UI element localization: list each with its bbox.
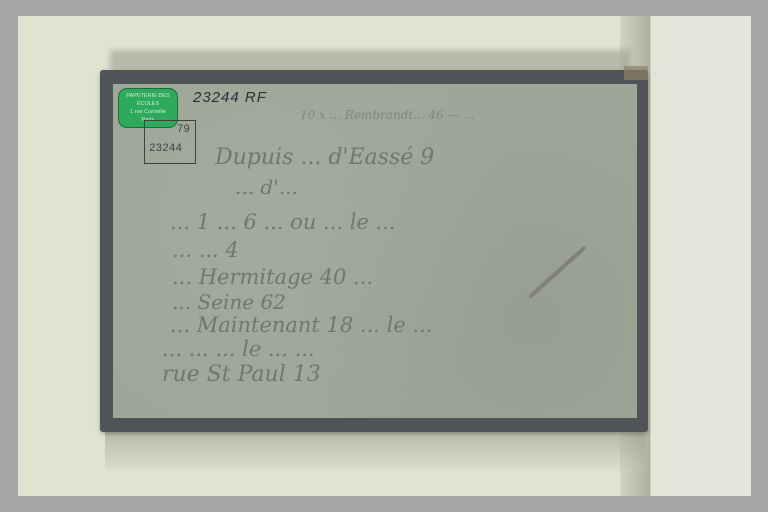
handwriting-line: ... Hermitage 40 ...: [172, 265, 373, 289]
card-corner: [624, 66, 648, 80]
stamp-number: 23244: [149, 143, 182, 155]
handwriting-line: ... 1 ... 6 ... ou ... le ...: [170, 210, 396, 234]
handwriting-line: 10 x ... Rembrandt... 46 — ...: [300, 108, 475, 122]
handwriting-line: ... ... 4: [172, 238, 239, 262]
card-bottom-shadow: [105, 430, 645, 470]
handwriting-line: Dupuis ... d'Eassé 9: [215, 145, 434, 170]
handwriting-line: ... d'...: [235, 175, 298, 199]
inventory-reference: 23244 RF: [193, 89, 267, 106]
label-line: PAPETERIE DES ÉCOLES: [119, 92, 177, 108]
stamp-top: 79: [177, 124, 190, 136]
handwriting-line: ... Maintenant 18 ... le ...: [170, 313, 432, 337]
handwriting-line: ... Seine 62: [172, 290, 286, 314]
handwriting-line: rue St Paul 13: [162, 362, 321, 387]
label-line: 1 rue Corneille: [119, 108, 177, 116]
mount-right-panel: [650, 16, 751, 496]
handwriting-line: ... ... ... le ... ...: [162, 337, 315, 361]
inventory-stamp: 79 23244: [144, 120, 196, 164]
